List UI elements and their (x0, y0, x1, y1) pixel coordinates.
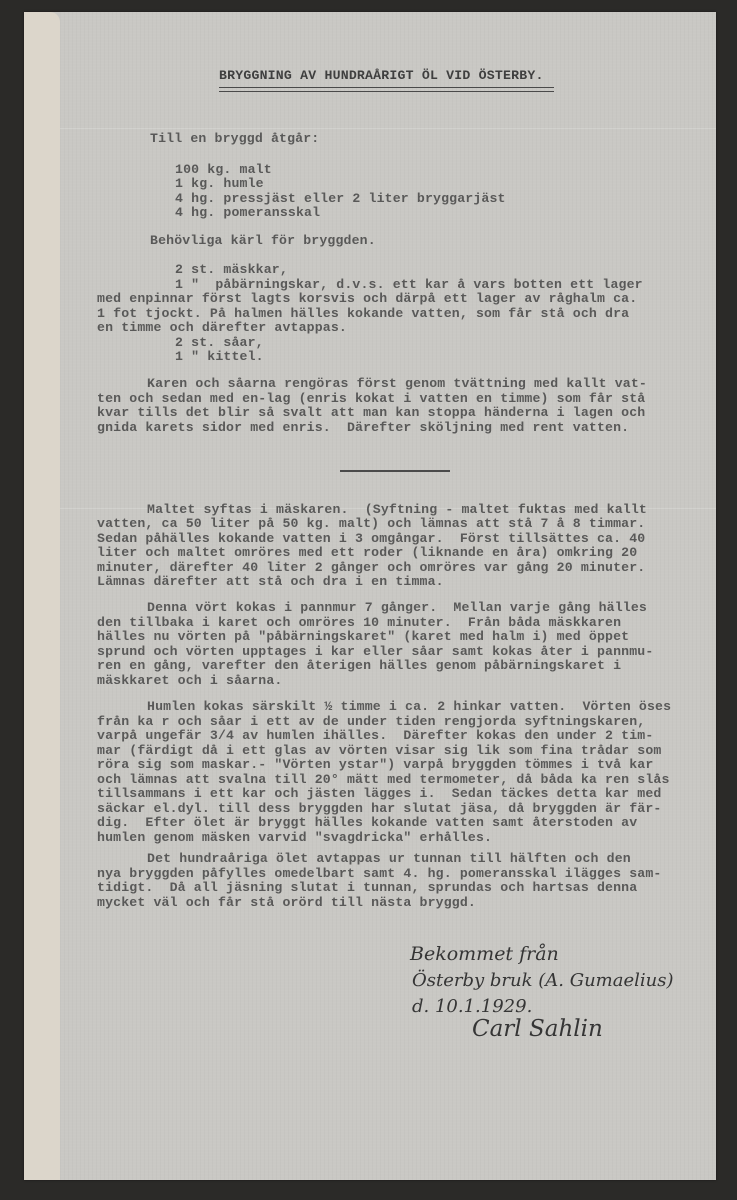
cleaning-line: kvar tills det blir så svalt att man kan… (97, 405, 645, 420)
mashing-line: liter och maltet omröres med ett roder (… (97, 545, 637, 560)
ingredient-item: 4 hg. pomeransskal (175, 205, 320, 220)
mashing-line: Lämnas därefter att stå och dra i en tim… (97, 574, 444, 589)
mashing-line: minuter, därefter 40 liter 2 gånger och … (97, 560, 645, 575)
document-page (24, 12, 716, 1180)
hops-line: från ka r och såar i ett av de under tid… (97, 714, 645, 729)
hops-line: tillsammans i ett kar och jästen lägges … (97, 786, 661, 801)
handwritten-note-line: Bekommet från (410, 943, 559, 965)
ingredient-item: 100 kg. malt (175, 162, 272, 177)
vessels-heading: Behövliga kärl för bryggden. (150, 233, 376, 248)
cleaning-line: Karen och såarna rengöras först genom tv… (147, 376, 647, 391)
ingredients-heading: Till en bryggd åtgår: (150, 131, 319, 146)
paper-margin-strip (24, 12, 60, 1180)
hops-line: humlen genom mäsken varvid "svagdricka" … (97, 830, 492, 845)
final-line: tidigt. Då all jäsning slutat i tunnan, … (97, 880, 637, 895)
vessel-line: 2 st. såar, (175, 335, 264, 350)
paper-fold-line (60, 128, 716, 129)
wort-line: hälles nu vörten på "påbärningskaret" (k… (97, 629, 629, 644)
paper-texture (60, 12, 716, 1180)
mashing-line: Sedan påhälles kokande vatten i 3 omgång… (97, 531, 645, 546)
hops-line: dig. Efter ölet är bryggt hälles kokande… (97, 815, 637, 830)
cleaning-line: ten och sedan med en-lag (enris kokat i … (97, 391, 645, 406)
document-title: BRYGGNING AV HUNDRAÅRIGT ÖL VID ÖSTERBY. (219, 68, 544, 83)
vessel-line: en timme och därefter avtappas. (97, 320, 347, 335)
handwritten-note-line: Österby bruk (A. Gumaelius) (412, 970, 674, 991)
wort-line: sprund och vörten upptages i kar eller s… (97, 644, 653, 659)
vessel-line: 2 st. mäskkar, (175, 262, 288, 277)
ingredient-item: 1 kg. humle (175, 176, 264, 191)
hops-line: säckar el.dyl. till dess bryggden har sl… (97, 801, 661, 816)
vessel-line: med enpinnar först lagts korsvis och där… (97, 291, 637, 306)
final-line: mycket väl och får stå orörd till nästa … (97, 895, 476, 910)
title-double-underline (219, 87, 554, 92)
vessel-line: 1 " kittel. (175, 349, 264, 364)
final-line: Det hundraåriga ölet avtappas ur tunnan … (147, 851, 631, 866)
mashing-line: vatten, ca 50 liter på 50 kg. malt) och … (97, 516, 645, 531)
section-separator (340, 470, 450, 472)
cleaning-line: gnida karets sidor med enris. Därefter s… (97, 420, 629, 435)
handwritten-note-date: d. 10.1.1929. (412, 996, 532, 1017)
hops-line: mar (färdigt då i ett glas av vörten vis… (97, 743, 661, 758)
ingredient-item: 4 hg. pressjäst eller 2 liter bryggarjäs… (175, 191, 506, 206)
wort-line: Denna vört kokas i pannmur 7 gånger. Mel… (147, 600, 647, 615)
handwritten-signature: Carl Sahlin (472, 1016, 603, 1042)
wort-line: ren en gång, varefter den återigen hälle… (97, 658, 621, 673)
mashing-line: Maltet syftas i mäskaren. (Syftning - ma… (147, 502, 647, 517)
hops-line: varpå ungefär 3/4 av humlen ihälles. Där… (97, 728, 653, 743)
hops-line: röra sig som maskar.- "Vörten ystar") va… (97, 757, 653, 772)
hops-line: och lämnas att svalna till 20° mätt med … (97, 772, 670, 787)
vessel-line: 1 fot tjockt. På halmen hälles kokande v… (97, 306, 629, 321)
vessel-line: 1 " påbärningskar, d.v.s. ett kar å vars… (175, 277, 643, 292)
wort-line: den tillbaka i karet och omröres 10 minu… (97, 615, 621, 630)
hops-line: Humlen kokas särskilt ½ timme i ca. 2 hi… (147, 699, 671, 714)
wort-line: mäskkaret och i såarna. (97, 673, 282, 688)
final-line: nya bryggden påfylles omedelbart samt 4.… (97, 866, 661, 881)
